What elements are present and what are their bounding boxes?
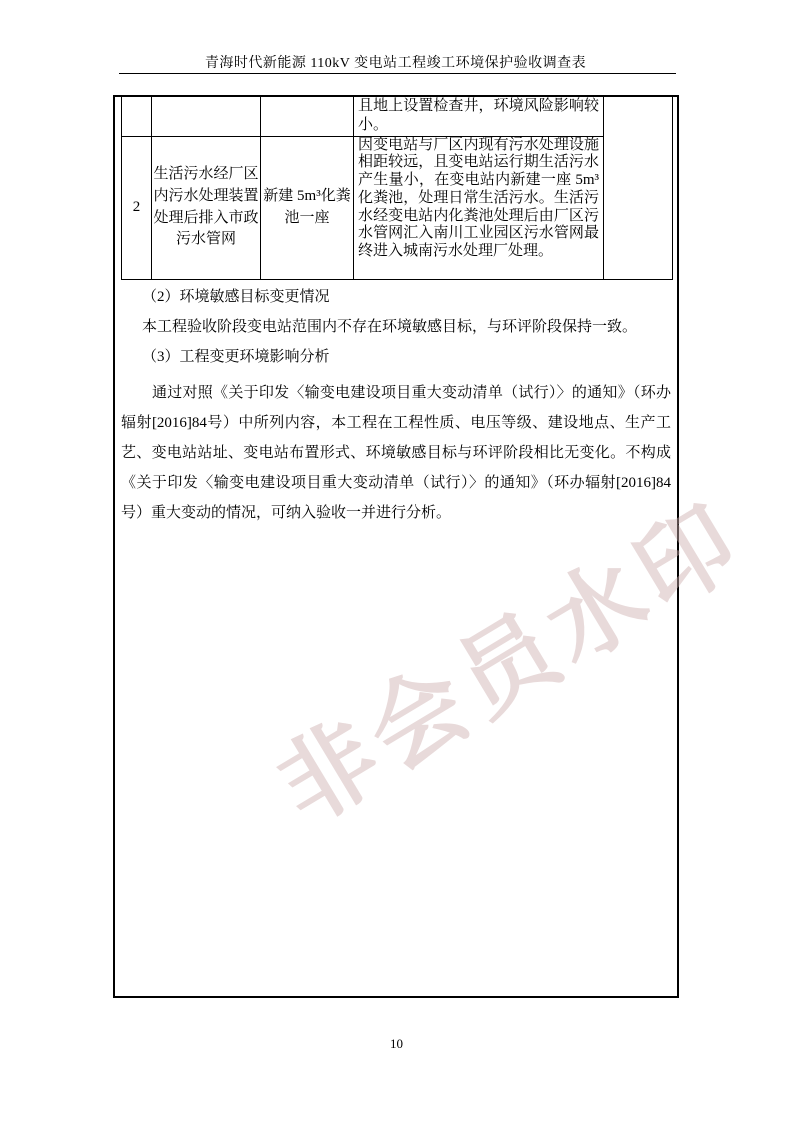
cell-measure: 新建 5m³化粪池一座	[261, 136, 354, 279]
page-number: 10	[0, 1036, 793, 1052]
cell-impact-analysis: 因变电站与厂区内现有污水处理设施相距较远，且变电站运行期生活污水产生量小，在变电…	[354, 136, 604, 279]
content-border-box: 且地上设置检查井，环境风险影响较小。 2 生活污水经厂区内污水处理装置处理后排入…	[113, 95, 679, 998]
section-2-paragraph: 本工程验收阶段变电站范围内不存在环境敏感目标，与环评阶段保持一致。	[121, 312, 671, 342]
cell-change-description: 生活污水经厂区内污水处理装置处理后排入市政污水管网	[152, 136, 261, 279]
section-heading-3: （3）工程变更环境影响分析	[121, 342, 671, 372]
body-text: （2）环境敏感目标变更情况 本工程验收阶段变电站范围内不存在环境敏感目标，与环评…	[115, 280, 677, 528]
section-heading-2: （2）环境敏感目标变更情况	[121, 282, 671, 312]
cell-measure-empty	[261, 97, 354, 136]
document-page: 青海时代新能源 110kV 变电站工程竣工环境保护验收调查表 且地上设置检查井，…	[0, 0, 793, 1122]
project-change-table: 且地上设置检查井，环境风险影响较小。 2 生活污水经厂区内污水处理装置处理后排入…	[121, 97, 673, 280]
table-row: 2 生活污水经厂区内污水处理装置处理后排入市政污水管网 新建 5m³化粪池一座 …	[122, 136, 673, 279]
table-row-continued: 且地上设置检查井，环境风险影响较小。	[122, 97, 673, 136]
cell-seq-empty	[122, 97, 152, 136]
cell-remark-empty	[604, 97, 673, 279]
cell-impact-continued: 且地上设置检查井，环境风险影响较小。	[354, 97, 604, 136]
cell-change-empty	[152, 97, 261, 136]
header-rule	[119, 73, 676, 74]
page-title: 青海时代新能源 110kV 变电站工程竣工环境保护验收调查表	[113, 52, 678, 72]
cell-seq-number: 2	[122, 136, 152, 279]
section-3-paragraph: 通过对照《关于印发〈输变电建设项目重大变动清单（试行）〉的通知》（环办辐射[20…	[121, 378, 671, 528]
